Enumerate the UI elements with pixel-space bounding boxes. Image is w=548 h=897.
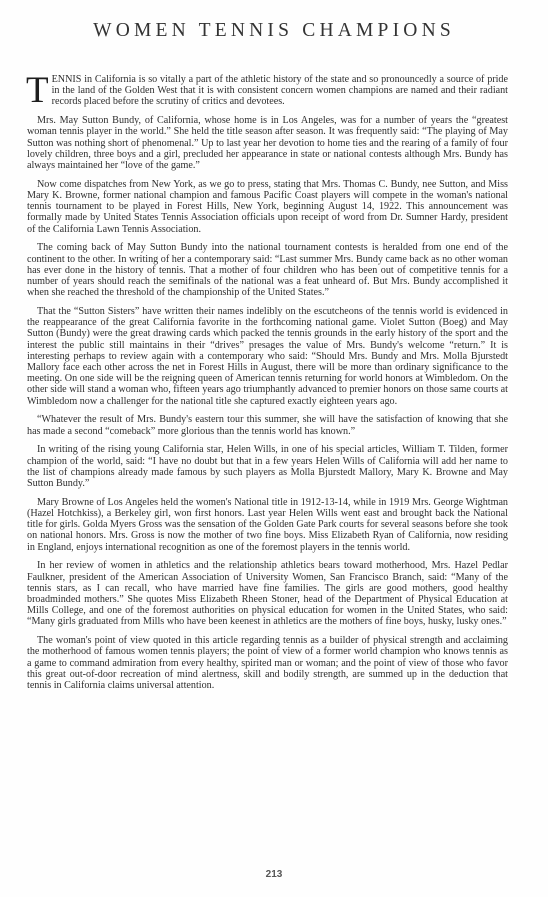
paragraph-intro: TENNIS in California is so vitally a par… xyxy=(27,74,508,108)
article-body: TENNIS in California is so vitally a par… xyxy=(27,74,508,699)
paragraph: Mrs. May Sutton Bundy, of California, wh… xyxy=(27,115,508,171)
paragraph-intro-text: ENNIS in California is so vitally a part… xyxy=(52,74,508,107)
document-page: WOMEN TENNIS CHAMPIONS TENNIS in Califor… xyxy=(0,0,548,897)
paragraph: That the “Sutton Sisters” have written t… xyxy=(27,306,508,407)
paragraph: In writing of the rising young Californi… xyxy=(27,444,508,489)
page-number: 213 xyxy=(0,869,548,880)
paragraph: The woman's point of view quoted in this… xyxy=(27,635,508,691)
paragraph: Mary Browne of Los Angeles held the wome… xyxy=(27,497,508,553)
drop-cap: T xyxy=(26,74,49,106)
paragraph: Now come dispatches from New York, as we… xyxy=(27,179,508,235)
article-title: WOMEN TENNIS CHAMPIONS xyxy=(0,20,548,42)
paragraph: In her review of women in athletics and … xyxy=(27,560,508,627)
paragraph: “Whatever the result of Mrs. Bundy's eas… xyxy=(27,414,508,436)
paragraph: The coming back of May Sutton Bundy into… xyxy=(27,242,508,298)
